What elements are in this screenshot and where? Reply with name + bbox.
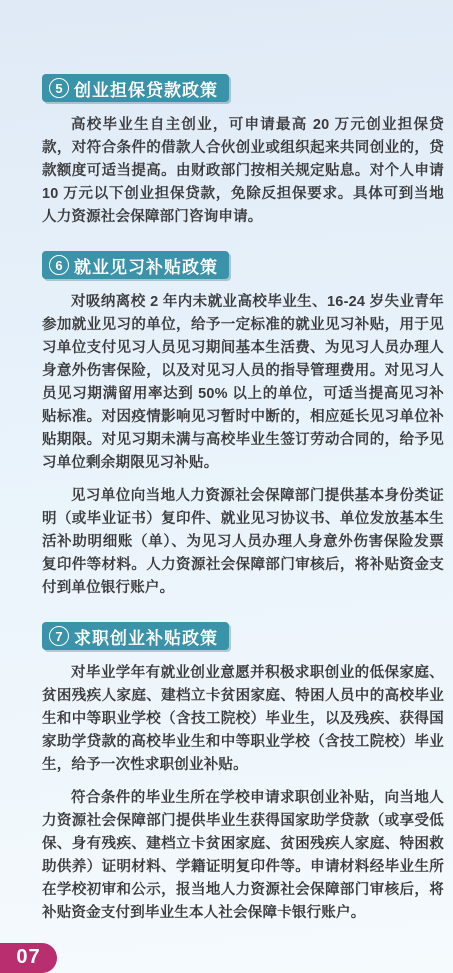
page-number-badge: 07 — [0, 943, 57, 973]
section-title: 求职创业补贴政策 — [74, 624, 218, 649]
paragraph: 对吸纳离校 2 年内未就业高校毕业生、16-24 岁失业青年参加就业见习的单位，… — [42, 291, 444, 475]
section-6-header: 6 就业见习补贴政策 — [42, 251, 229, 279]
paragraph: 高校毕业生自主创业，可申请最高 20 万元创业担保贷款，对符合条件的借款人合伙创… — [42, 114, 444, 229]
section-internship-subsidy-policy: 6 就业见习补贴政策 对吸纳离校 2 年内未就业高校毕业生、16-24 岁失业青… — [42, 251, 444, 600]
section-5-header: 5 创业担保贷款政策 — [42, 74, 229, 102]
paragraph: 符合条件的毕业生所在学校申请求职创业补贴，向当地人力资源社会保障部门提供毕业生获… — [42, 787, 444, 925]
paragraph: 见习单位向当地人力资源社会保障部门提供基本身份类证明（或毕业证书）复印件、就业见… — [42, 485, 444, 600]
section-startup-loan-policy: 5 创业担保贷款政策 高校毕业生自主创业，可申请最高 20 万元创业担保贷款，对… — [42, 74, 444, 229]
section-number-badge: 6 — [49, 255, 69, 275]
section-number-badge: 5 — [49, 78, 69, 98]
section-title: 就业见习补贴政策 — [74, 253, 218, 278]
policy-brochure-page: 5 创业担保贷款政策 高校毕业生自主创业，可申请最高 20 万元创业担保贷款，对… — [0, 0, 453, 973]
section-jobseeking-subsidy-policy: 7 求职创业补贴政策 对毕业学年有就业创业意愿并积极求职创业的低保家庭、贫困残疾… — [42, 622, 444, 925]
section-number-badge: 7 — [49, 626, 69, 646]
paragraph: 对毕业学年有就业创业意愿并积极求职创业的低保家庭、贫困残疾人家庭、建档立卡贫困家… — [42, 662, 444, 777]
section-7-header: 7 求职创业补贴政策 — [42, 622, 229, 650]
section-title: 创业担保贷款政策 — [74, 76, 218, 101]
